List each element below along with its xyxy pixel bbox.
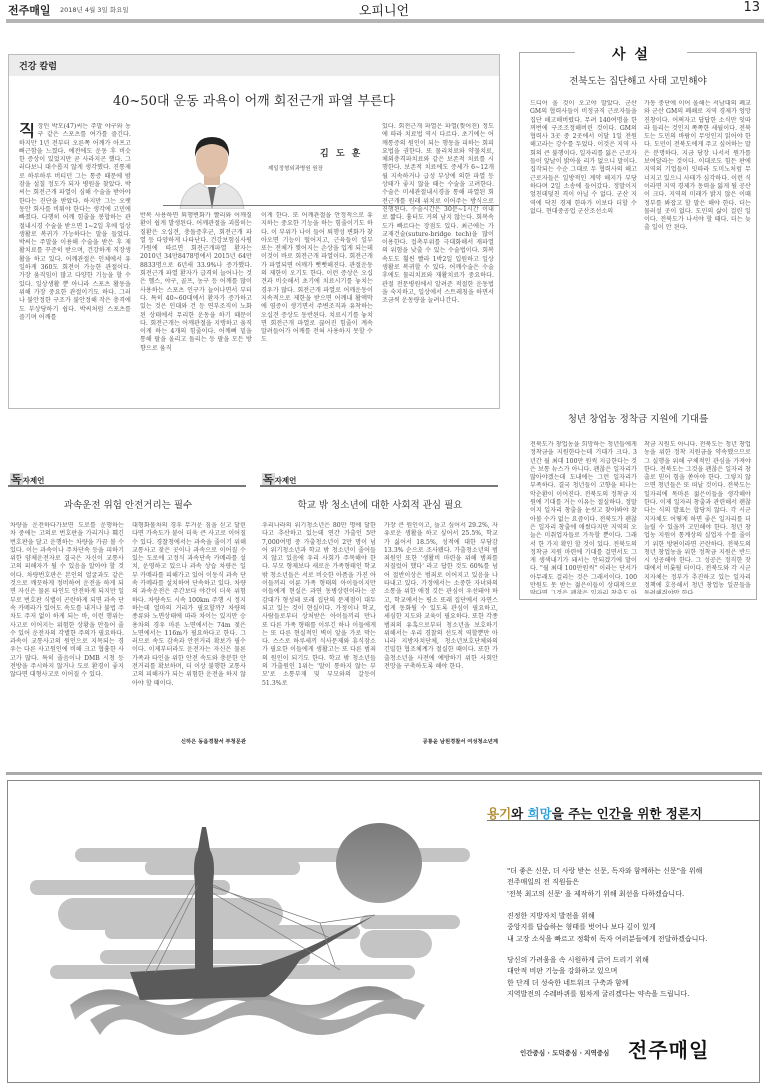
reader-column-1-rule: [8, 485, 246, 487]
author-title: 제일정형외과병원 원장: [268, 164, 323, 172]
health-column-label-bar: [9, 55, 499, 76]
advertisement-paragraph-3: 당신의 가려움을 속 시원하게 긁어 드리기 위해 대안적 비판 기능을 강화하…: [507, 955, 689, 1000]
brand-logo: 전주매일: [628, 1034, 709, 1063]
section-separator: [6, 772, 762, 775]
health-column-text-3: 이게 한다. 또 어깨관절을 안정적으로 유지하는 중요한 기능을 하는 힘줄이…: [261, 212, 373, 404]
reader-column-2-rule: [260, 485, 498, 487]
reader-column-2-title: 학교 밖 청소년에 대한 사회적 관심 필요: [258, 497, 502, 511]
ship-illustration: [30, 815, 470, 1050]
reader-column-1-signature: 신하은 동읍경찰서 부청문관: [132, 737, 246, 745]
section-title: 오피니언: [0, 0, 768, 19]
reader-column-2-text-1: 우리나라의 위기청소년은 80만 명에 달한다고 추산하고 있는데 연간 가출인…: [262, 522, 376, 746]
reader-column-1-text-1: 차량을 운전하다가보면 도로를 운행하는 차 중에는 고의로 번호판을 가리거나…: [10, 522, 124, 746]
health-column-text-1: 직 장인 박모(47)씨는 주말 야구와 농구 같은 스포츠를 여가를 즐긴다.…: [19, 123, 131, 403]
editorial-title-1: 전북도는 집단해고 사태 고민해야: [519, 73, 757, 87]
reader-column-2-text-2: 가장 큰 원인이고, 놀고 싶어서 29.2%, 자유로운 생활을 하고 싶어서…: [384, 522, 498, 736]
editorial-2-text-2: 착금 지원도 아니다. 전북도는 청년 창업농을 위한 정착 지원금을 약속했으…: [644, 441, 751, 594]
health-column-label: 건강 칼럼: [19, 59, 57, 72]
editorial-title-2: 청년 창업농 정착금 지원에 기대를: [519, 411, 757, 425]
health-column-text-4: 있다. 회전근개 파열은 파열(찢어진) 정도에 따라 치료법 역시 다르다. …: [382, 123, 494, 404]
editorial-2-text-1: 전북도가 창업농을 희망하는 청년들에게 정착금을 지원한다는데 기대가 크다.…: [530, 441, 637, 594]
brand-tagline: 인간중심 · 도덕중심 · 지역중심: [520, 1048, 609, 1057]
dropcap: 직: [19, 123, 35, 139]
editorial-label: 사 설: [575, 44, 687, 62]
advertisement-rule: [487, 820, 760, 821]
header-rule: [6, 19, 764, 23]
advertisement-paragraph-2: 진정한 지방자치 발전을 위해 중앙지를 답습하는 형태를 벗어나 보다 깊이 …: [507, 911, 707, 945]
reader-column-1-title: 과속운전 위험 안전거리는 필수: [8, 497, 248, 511]
advertisement-paragraph-1: "더 좋은 신문, 더 사랑 받는 신문, 독자와 함께하는 신문"을 위해 전…: [507, 866, 702, 900]
author-name: 김 도 훈: [320, 146, 362, 159]
author-photo: [172, 131, 252, 209]
page-number: 13: [743, 0, 760, 15]
reader-column-2-signature: 공룡윤 남원경찰서 여성청소년계: [384, 737, 498, 745]
reader-column-1-text-2: 대형화물차의 경우 무거운 짐을 싣고 달린다면 가속도가 붙어 더욱 큰 사고…: [132, 522, 246, 736]
health-column-text-2: 반복 사용하면 퇴행변화가 빨리와 어깨질환이 쉽게 발생된다. 어깨관절을 괴…: [140, 212, 252, 404]
editorial-1-text-1: 드디어 올 것이 오고야 말았다. 군산 GM의 협력사들이 비정규직 근로자들…: [530, 100, 637, 396]
health-column-title: 40~50대 운동 과욕이 어깨 회전근개 파열 부른다: [9, 90, 499, 109]
editorial-1-text-2: 가동 중단에 이어 올해는 서남대의 폐교와 군산 GM의 폐쇄로 지역 경제가…: [644, 100, 751, 396]
